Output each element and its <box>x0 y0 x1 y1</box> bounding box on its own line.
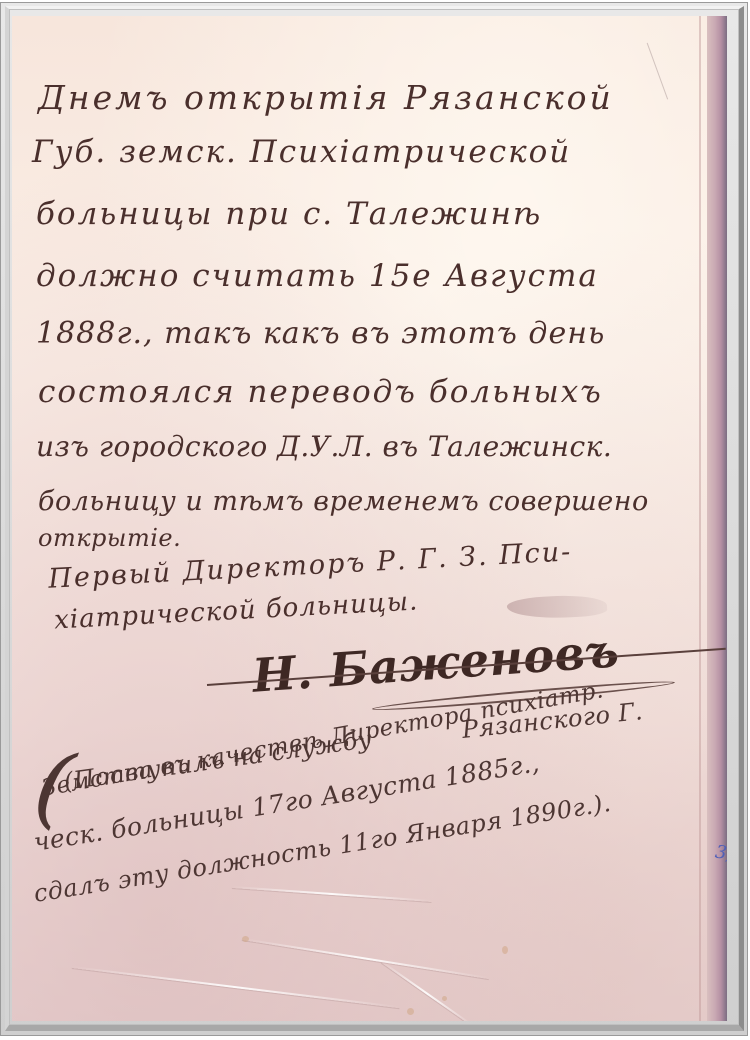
paper-scratch <box>647 33 697 100</box>
body-line-3: больницы при с. Талежинѣ <box>36 196 542 232</box>
body-line-4: должно считать 15е Августа <box>36 258 599 294</box>
paper-crease <box>381 961 472 1021</box>
page-fold-line <box>699 16 701 1021</box>
document-page: Днемъ открытія Рязанской Губ. земск. Пси… <box>12 16 727 1021</box>
paper-stain <box>242 936 249 942</box>
body-line-6: состоялся переводъ больныхъ <box>38 374 603 410</box>
body-line-1: Днемъ открытія Рязанской <box>38 78 614 117</box>
paper-stain <box>502 946 508 954</box>
paper-crease <box>72 966 400 1008</box>
paper-crease <box>242 938 489 979</box>
body-line-5: 1888г., такъ какъ въ этотъ день <box>36 316 605 351</box>
body-line-7: изъ городского Д.У.Л. въ Талежинск. <box>36 430 612 463</box>
paper-stain <box>442 996 447 1001</box>
body-line-8: больницу и тѣмъ временемъ совершено <box>38 486 649 517</box>
paper-stain <box>407 1008 414 1015</box>
photo-frame: Днемъ открытія Рязанской Губ. земск. Пси… <box>0 2 748 1036</box>
paper-crease <box>232 886 432 902</box>
signer-title-line-2: хіатрической больницы. <box>53 586 419 635</box>
body-line-9: открытіе. <box>38 524 181 552</box>
body-line-2: Губ. земск. Психіатрической <box>32 134 571 170</box>
ink-blot <box>506 593 607 620</box>
